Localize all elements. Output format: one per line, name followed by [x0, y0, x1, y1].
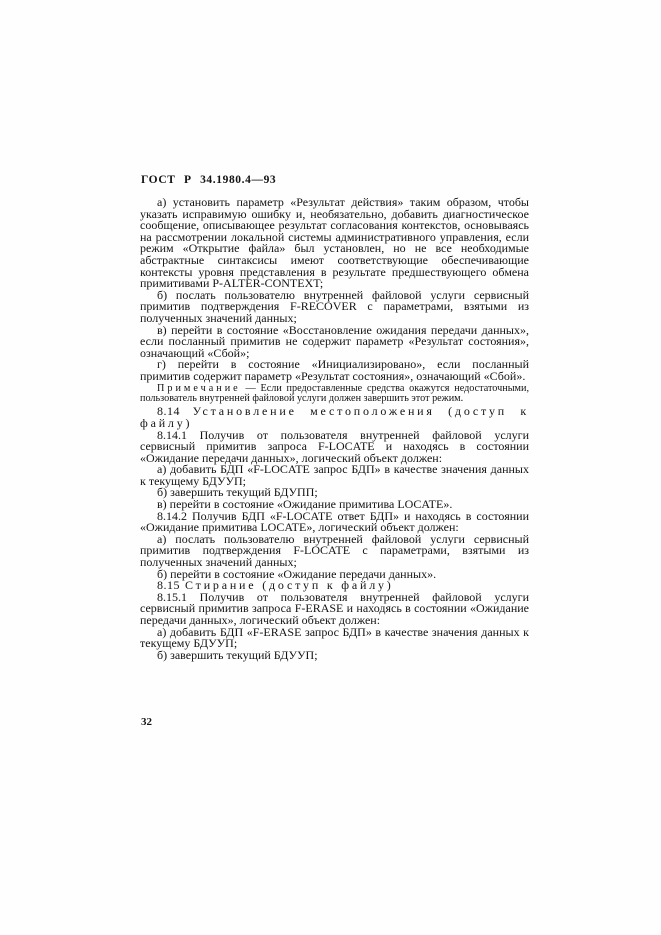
paragraph: а) добавить БДП «F-LOCATE запрос БДП» в … — [140, 464, 529, 487]
paragraph: 8.14.1 Получив от пользователя внутренне… — [140, 430, 529, 465]
paragraph: 8.15.1 Получив от пользователя внутренне… — [140, 592, 529, 627]
note-label: Примечание — [157, 383, 241, 394]
paragraph: а) установить параметр «Результат действ… — [140, 197, 529, 290]
scanned-document-page: ГОСТ Р 34.1980.4—93 а) установить параме… — [0, 0, 661, 935]
section-heading: 8.14 Установление местоположения (доступ… — [140, 406, 529, 429]
doc-standard-number: ГОСТ Р 34.1980.4—93 — [141, 174, 276, 186]
page-number: 32 — [141, 716, 152, 728]
paragraph: г) перейти в состояние «Инициализировано… — [140, 359, 529, 382]
section-title: Установление местоположения (доступ к фа… — [140, 404, 529, 430]
document-text: а) установить параметр «Результат действ… — [140, 197, 529, 661]
note-dash: — — [246, 383, 256, 394]
paragraph: а) послать пользователю внутренней файло… — [140, 534, 529, 569]
paragraph: в) перейти в состояние «Восстановление о… — [140, 325, 529, 360]
paragraph: б) послать пользователю внутренней файло… — [140, 290, 529, 325]
paragraph: б) завершить текущий БДУУП; — [140, 650, 529, 662]
paragraph: а) добавить БДП «F-ERASE запрос БДП» в к… — [140, 627, 529, 650]
paragraph: 8.14.2 Получив БДП «F-LOCATE ответ БДП» … — [140, 511, 529, 534]
note-paragraph: Примечание — Если предоставленные средст… — [140, 384, 529, 406]
